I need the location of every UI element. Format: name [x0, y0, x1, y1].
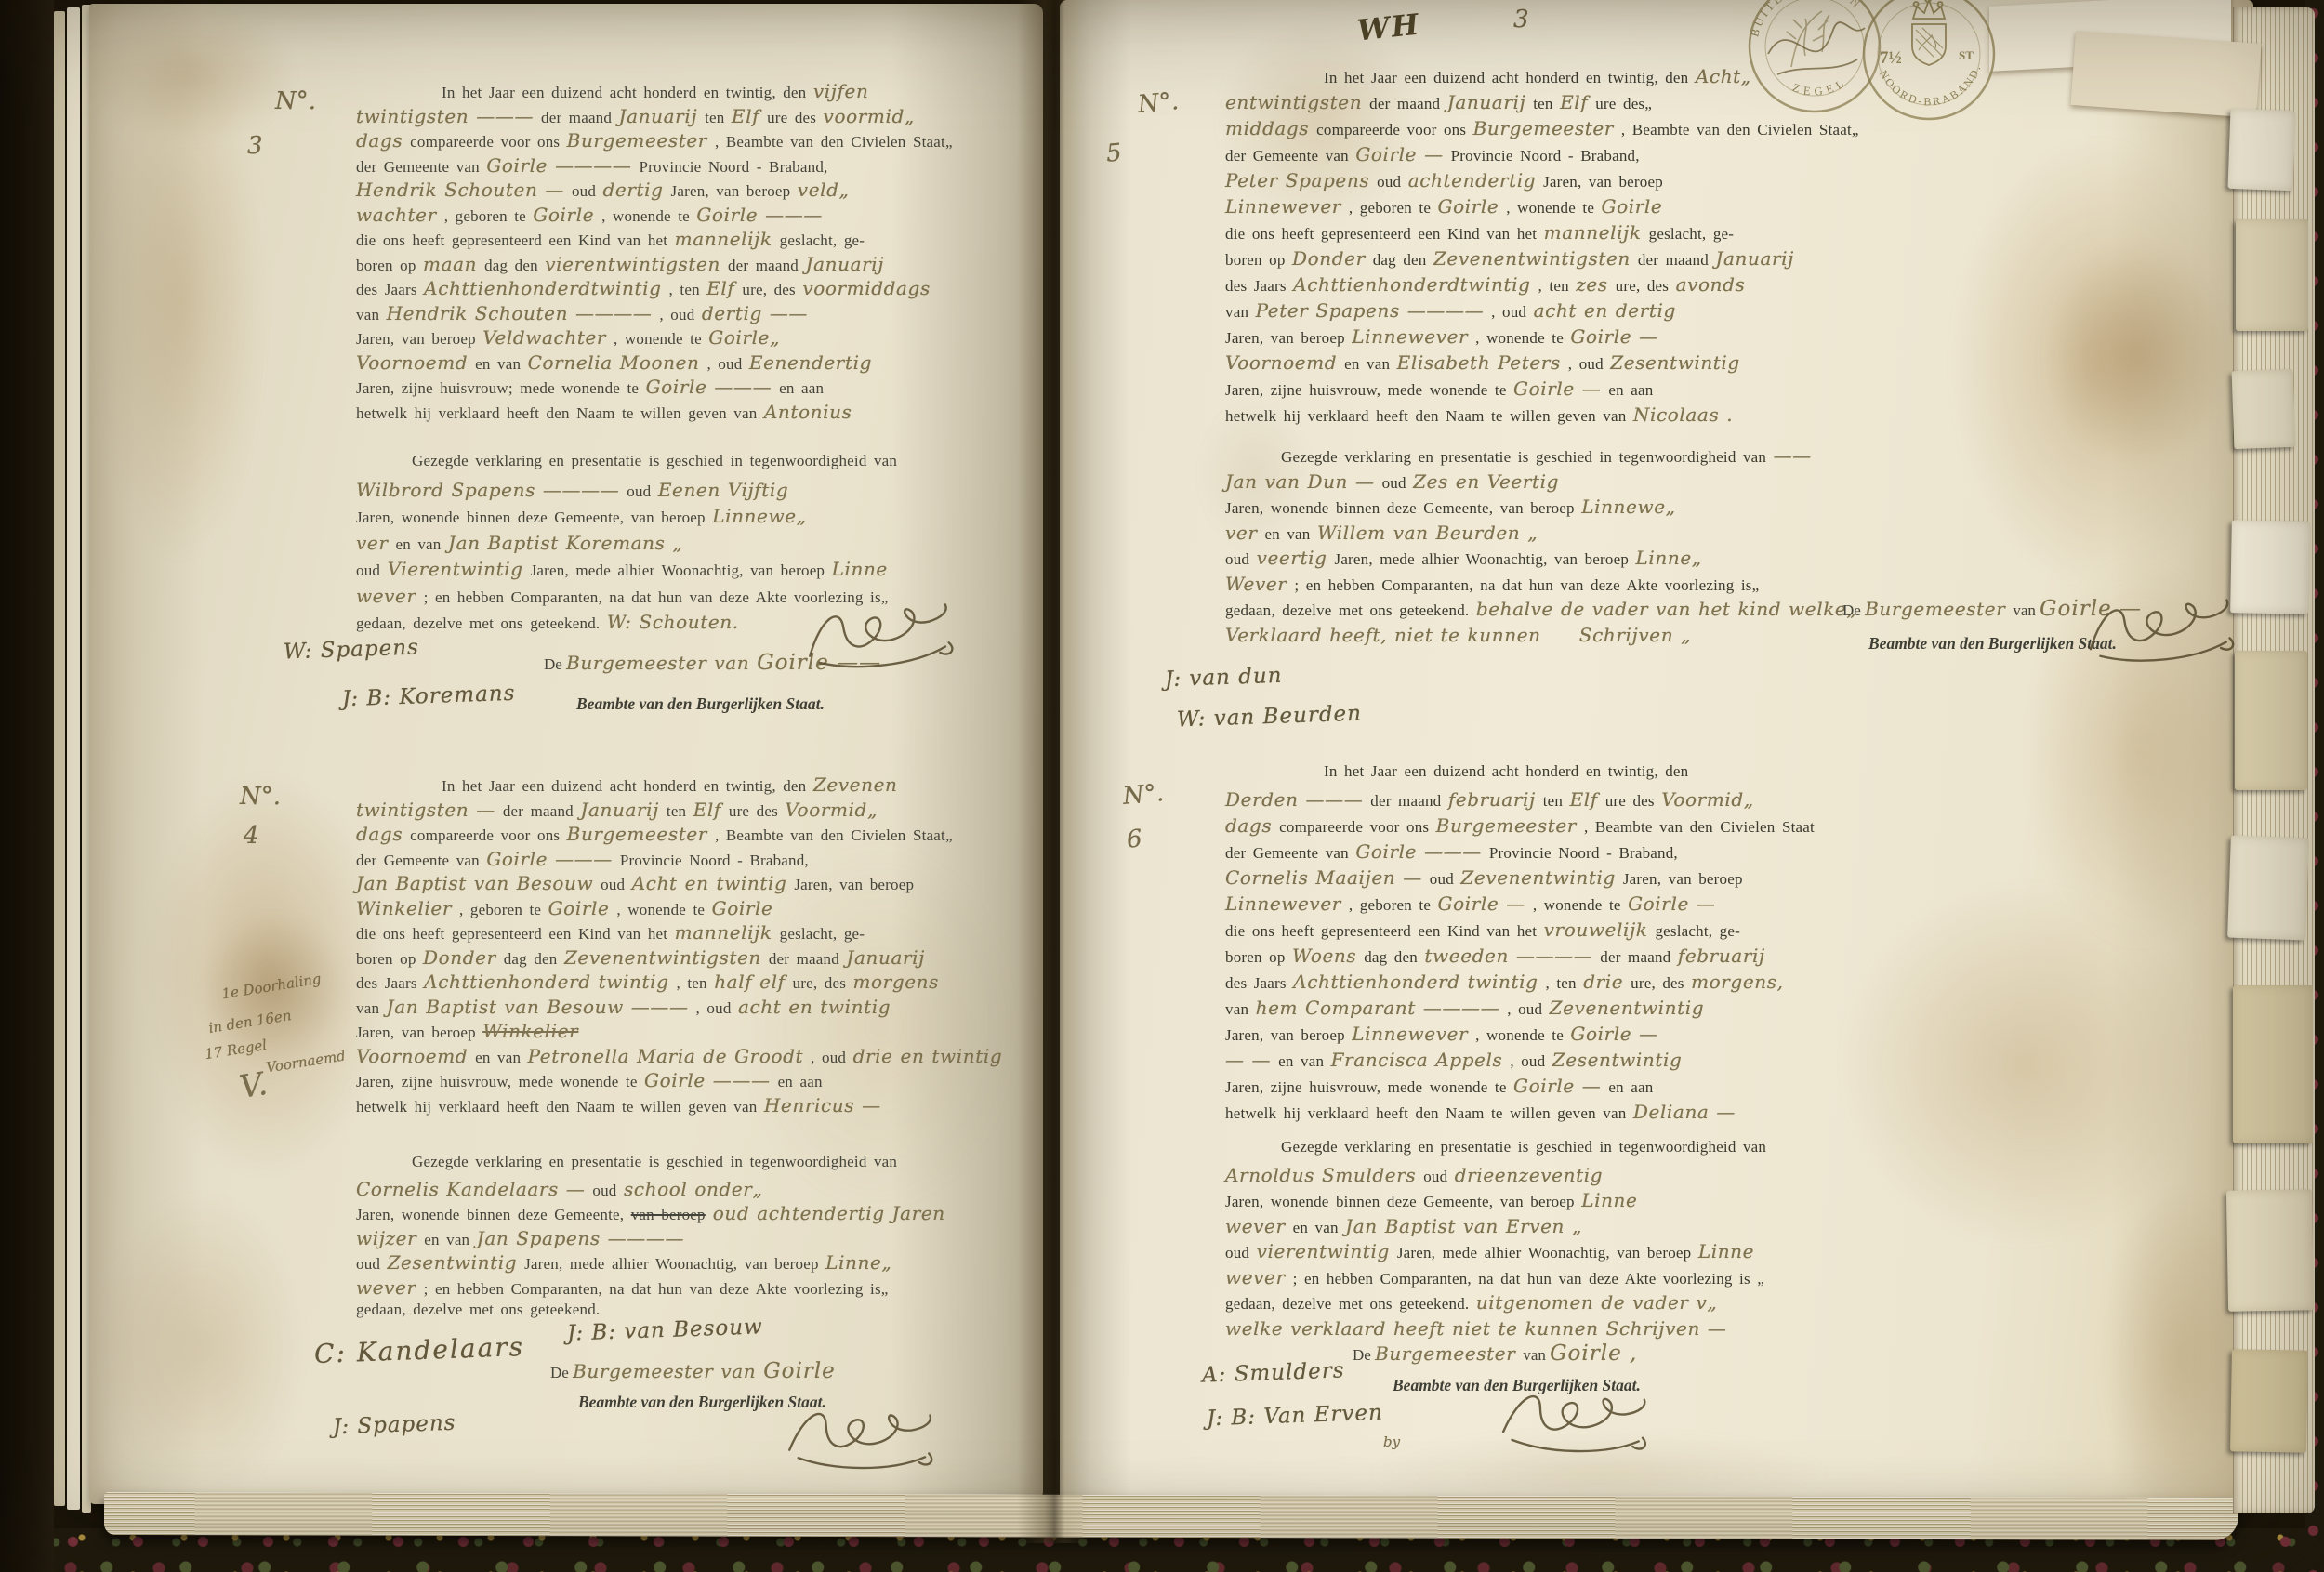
page-tab[interactable]	[2232, 369, 2296, 449]
paper-stain	[1218, 19, 1422, 223]
page-tab[interactable]	[2233, 985, 2313, 1143]
stamp-value: 7½	[1880, 48, 1902, 68]
left-page	[89, 4, 1043, 1504]
torn-page-corner	[2070, 31, 2261, 118]
page-tab[interactable]	[2226, 1189, 2314, 1312]
sheet-edge	[67, 7, 80, 1510]
paper-stain	[201, 915, 350, 1063]
paper-stain	[145, 775, 387, 1175]
page-tab[interactable]	[2227, 836, 2309, 941]
page-tab[interactable]	[2235, 651, 2307, 790]
paper-stain	[99, 1194, 303, 1500]
stamp-unit: ST	[1959, 48, 1974, 62]
open-register-book-photo: BUITENGEWOON ZEGEL 7½ ST NOORD-BRABAND. …	[0, 0, 2324, 1572]
page-tab[interactable]	[2236, 219, 2308, 331]
right-page	[1060, 0, 2253, 1504]
paper-stain	[1841, 883, 2203, 1246]
paper-stain	[89, 4, 294, 143]
sheet-edge	[54, 11, 65, 1506]
paper-stain	[2045, 242, 2231, 465]
paper-stain	[97, 41, 264, 561]
page-tab[interactable]	[2228, 109, 2296, 191]
book-cover-left	[0, 0, 54, 1572]
page-tab[interactable]	[2230, 1349, 2308, 1452]
paper-stain	[1952, 139, 2240, 586]
paper-stain	[740, 840, 1019, 1212]
page-block-bottom-edge	[104, 1492, 2238, 1540]
paper-stain	[1199, 400, 1311, 548]
paper-stain	[2027, 558, 2250, 948]
page-tab[interactable]	[2230, 520, 2310, 614]
noord-braband-tax-stamp: 7½ ST NOORD-BRABAND.	[1857, 0, 2001, 128]
